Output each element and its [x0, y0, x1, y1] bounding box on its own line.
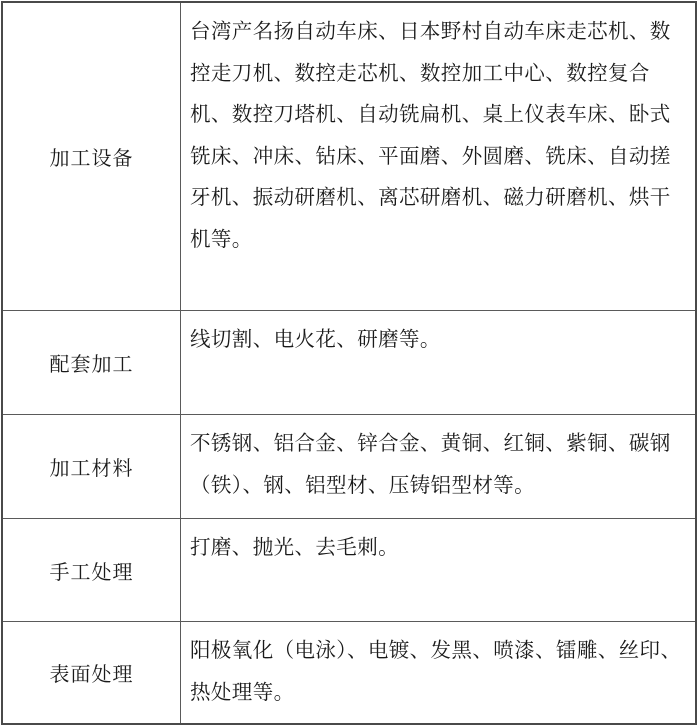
table-row-materials: 加工材料 不锈钢、铝合金、锌合金、黄铜、红铜、紫铜、碳钢（铁）、钢、铝型材、压铸… [3, 414, 695, 518]
table-row-supporting-processing: 配套加工 线切割、电火花、研磨等。 [3, 310, 695, 414]
row-label: 手工处理 [3, 519, 181, 621]
row-label: 加工设备 [3, 3, 181, 310]
row-label: 加工材料 [3, 415, 181, 518]
row-label: 配套加工 [3, 311, 181, 414]
table-row-surface-treatment: 表面处理 阳极氧化（电泳）、电镀、发黑、喷漆、镭雕、丝印、热处理等。 [3, 621, 695, 723]
row-content: 阳极氧化（电泳）、电镀、发黑、喷漆、镭雕、丝印、热处理等。 [181, 622, 695, 723]
row-content: 台湾产名扬自动车床、日本野村自动车床走芯机、数控走刀机、数控走芯机、数控加工中心… [181, 3, 695, 310]
row-content: 不锈钢、铝合金、锌合金、黄铜、红铜、紫铜、碳钢（铁）、钢、铝型材、压铸铝型材等。 [181, 415, 695, 518]
table-row-equipment: 加工设备 台湾产名扬自动车床、日本野村自动车床走芯机、数控走刀机、数控走芯机、数… [3, 3, 695, 310]
row-content: 打磨、抛光、去毛刺。 [181, 519, 695, 621]
row-content: 线切割、电火花、研磨等。 [181, 311, 695, 414]
capabilities-table: 加工设备 台湾产名扬自动车床、日本野村自动车床走芯机、数控走刀机、数控走芯机、数… [1, 1, 697, 725]
table-row-manual-finishing: 手工处理 打磨、抛光、去毛刺。 [3, 518, 695, 621]
row-label: 表面处理 [3, 622, 181, 723]
